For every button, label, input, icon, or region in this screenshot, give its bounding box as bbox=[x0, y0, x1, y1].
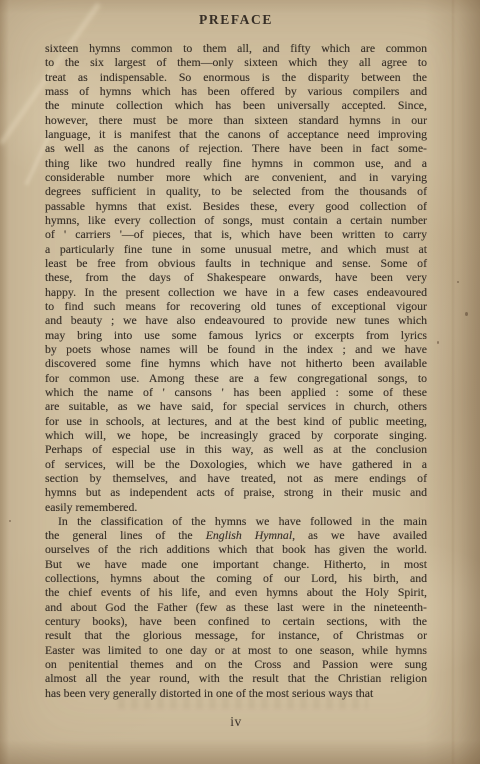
text-line: Perhaps of especial use in this way, as … bbox=[45, 442, 427, 456]
paper-speck bbox=[9, 520, 11, 522]
text-line: least be free from obvious faults in tec… bbox=[45, 256, 427, 270]
text-line: the minute collection which has been uni… bbox=[45, 98, 427, 112]
text-line: hymns but as independent acts of praise,… bbox=[45, 485, 427, 499]
text-block: sixteen hymns common to them all, and fi… bbox=[45, 41, 427, 700]
text-line: language, it is manifest that the canons… bbox=[45, 127, 427, 141]
paragraph: In the classification of the hymns we ha… bbox=[45, 514, 427, 700]
text-line: a particularly fine tune in some unusual… bbox=[45, 242, 427, 256]
text-line: and about God the Father (few as these l… bbox=[45, 600, 427, 614]
text-line: these, from the days of Shakespeare onwa… bbox=[45, 270, 427, 284]
text-line: on penitential themes and on the Cross a… bbox=[45, 657, 427, 671]
text-line: collections, hymns about the coming of o… bbox=[45, 571, 427, 585]
paragraph: sixteen hymns common to them all, and fi… bbox=[45, 41, 427, 514]
text-line: thing like two hundred really fine hymns… bbox=[45, 156, 427, 170]
text-line: however, there must be more than sixteen… bbox=[45, 113, 427, 127]
ink-showthrough-smudge bbox=[118, 697, 368, 709]
text-line: hymns, like every collection of songs, m… bbox=[45, 213, 427, 227]
text-line: by poets whose names will be found in th… bbox=[45, 342, 427, 356]
page-curvature-shadow bbox=[452, 0, 455, 764]
page-number: iv bbox=[45, 714, 427, 730]
text-line: and beauty ; we have also endeavoured to… bbox=[45, 313, 427, 327]
text-line: discovered some fine hymns which have no… bbox=[45, 356, 427, 370]
text-line: of services, will be the Doxologies, whi… bbox=[45, 457, 427, 471]
text-line: for common use. Among these are a few co… bbox=[45, 371, 427, 385]
text-line: to find such means for recovering old tu… bbox=[45, 299, 427, 313]
paper-speck bbox=[457, 281, 459, 283]
text-line: section by themselves, and have treated,… bbox=[45, 471, 427, 485]
text-line: happy. In the present collection we have… bbox=[45, 285, 427, 299]
text-line: In the classification of the hymns we ha… bbox=[45, 514, 427, 528]
text-line: degrees sufficient in quality, to be sel… bbox=[45, 184, 427, 198]
text-line: the general lines of the English Hymnal,… bbox=[45, 528, 427, 542]
text-line: almost all the year round, with the resu… bbox=[45, 671, 427, 685]
paper-speck bbox=[437, 341, 439, 344]
text-line: as well as the canons of rejection. Ther… bbox=[45, 141, 427, 155]
text-line: are suitable, as we have said, for speci… bbox=[45, 399, 427, 413]
text-line: mass of hymns which has been offered by … bbox=[45, 84, 427, 98]
text-line: passable hymns that exist. Besides these… bbox=[45, 199, 427, 213]
text-line: century books), have been confined to ce… bbox=[45, 614, 427, 628]
page-title: PREFACE bbox=[45, 12, 427, 28]
text-line: treat as indispensable. So enormous is t… bbox=[45, 70, 427, 84]
book-page: PREFACE sixteen hymns common to them all… bbox=[0, 0, 480, 764]
text-line: which will, we hope, be increasingly gra… bbox=[45, 428, 427, 442]
text-line: easily remembered. bbox=[45, 500, 427, 514]
paper-speck bbox=[465, 312, 468, 316]
text-line: sixteen hymns common to them all, and fi… bbox=[45, 41, 427, 55]
text-line: for use in schools, at lectures, and at … bbox=[45, 414, 427, 428]
text-line: result that the glorious message, for in… bbox=[45, 628, 427, 642]
text-line: the chief events of his life, and even h… bbox=[45, 585, 427, 599]
text-line: ourselves of the rich additions which th… bbox=[45, 542, 427, 556]
text-line: which the name of ' cansons ' has been a… bbox=[45, 385, 427, 399]
text-line: Easter was limited to one day or at most… bbox=[45, 643, 427, 657]
text-line: to the six largest of them—only sixteen … bbox=[45, 55, 427, 69]
text-line: of ' carriers '—of pieces, that is, whic… bbox=[45, 227, 427, 241]
text-line: But we have made one important change. H… bbox=[45, 557, 427, 571]
text-line: may bring into use some famous lyrics or… bbox=[45, 328, 427, 342]
text-line: considerable number more which are conve… bbox=[45, 170, 427, 184]
